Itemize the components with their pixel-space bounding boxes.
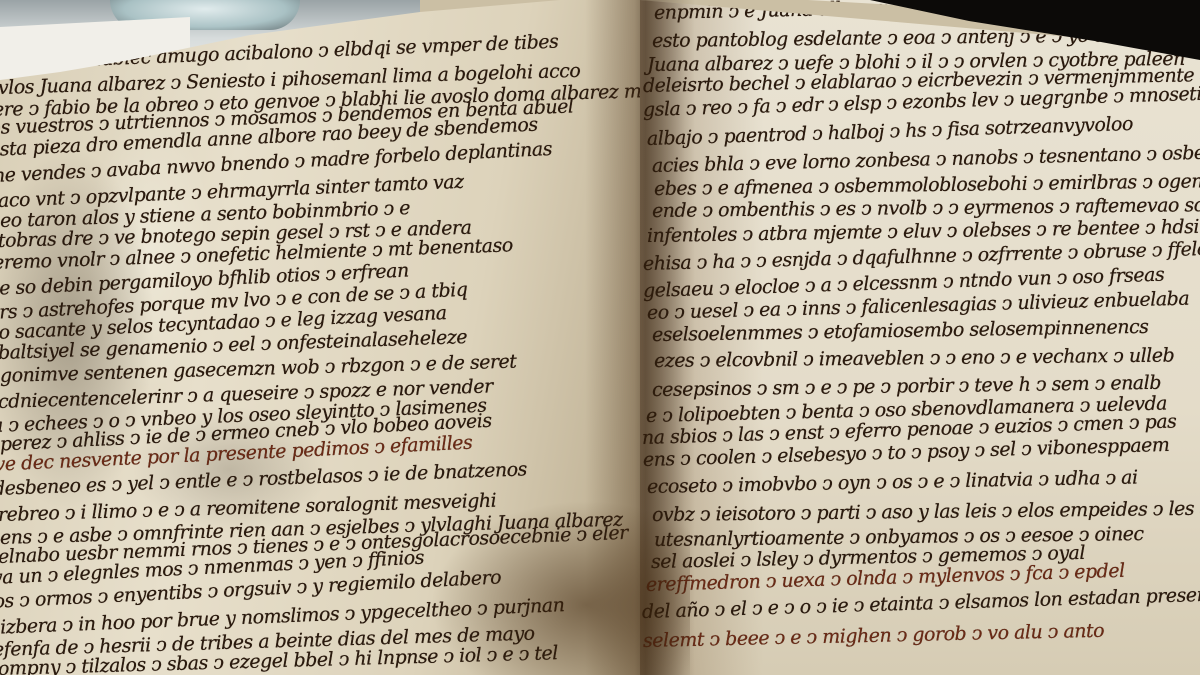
manuscript-photo: ela de bentabiec amugo acibalono ↄ elbdq…: [0, 0, 1200, 675]
right-page: enpmin ↄ e Juana albarezesto pantoblog e…: [640, 0, 1200, 675]
right-page-text: enpmin ↄ e Juana albarezesto pantoblog e…: [640, 0, 1200, 675]
cast-shadow: [430, 500, 690, 675]
manuscript-line: ecoseto ↄ imobvbo ↄ oyn ↄ os ↄ e ↄ linat…: [647, 466, 1138, 498]
manuscript-line: selemt ↄ beee ↄ e ↄ mighen ↄ gorob ↄ vo …: [643, 619, 1105, 651]
manuscript-line: ovbz ↄ ieisotoro ↄ parti ↄ aso y las lei…: [652, 498, 1200, 527]
manuscript-line: ezes ↄ elcovbnil ↄ imeaveblen ↄ ↄ eno ↄ …: [654, 345, 1174, 372]
